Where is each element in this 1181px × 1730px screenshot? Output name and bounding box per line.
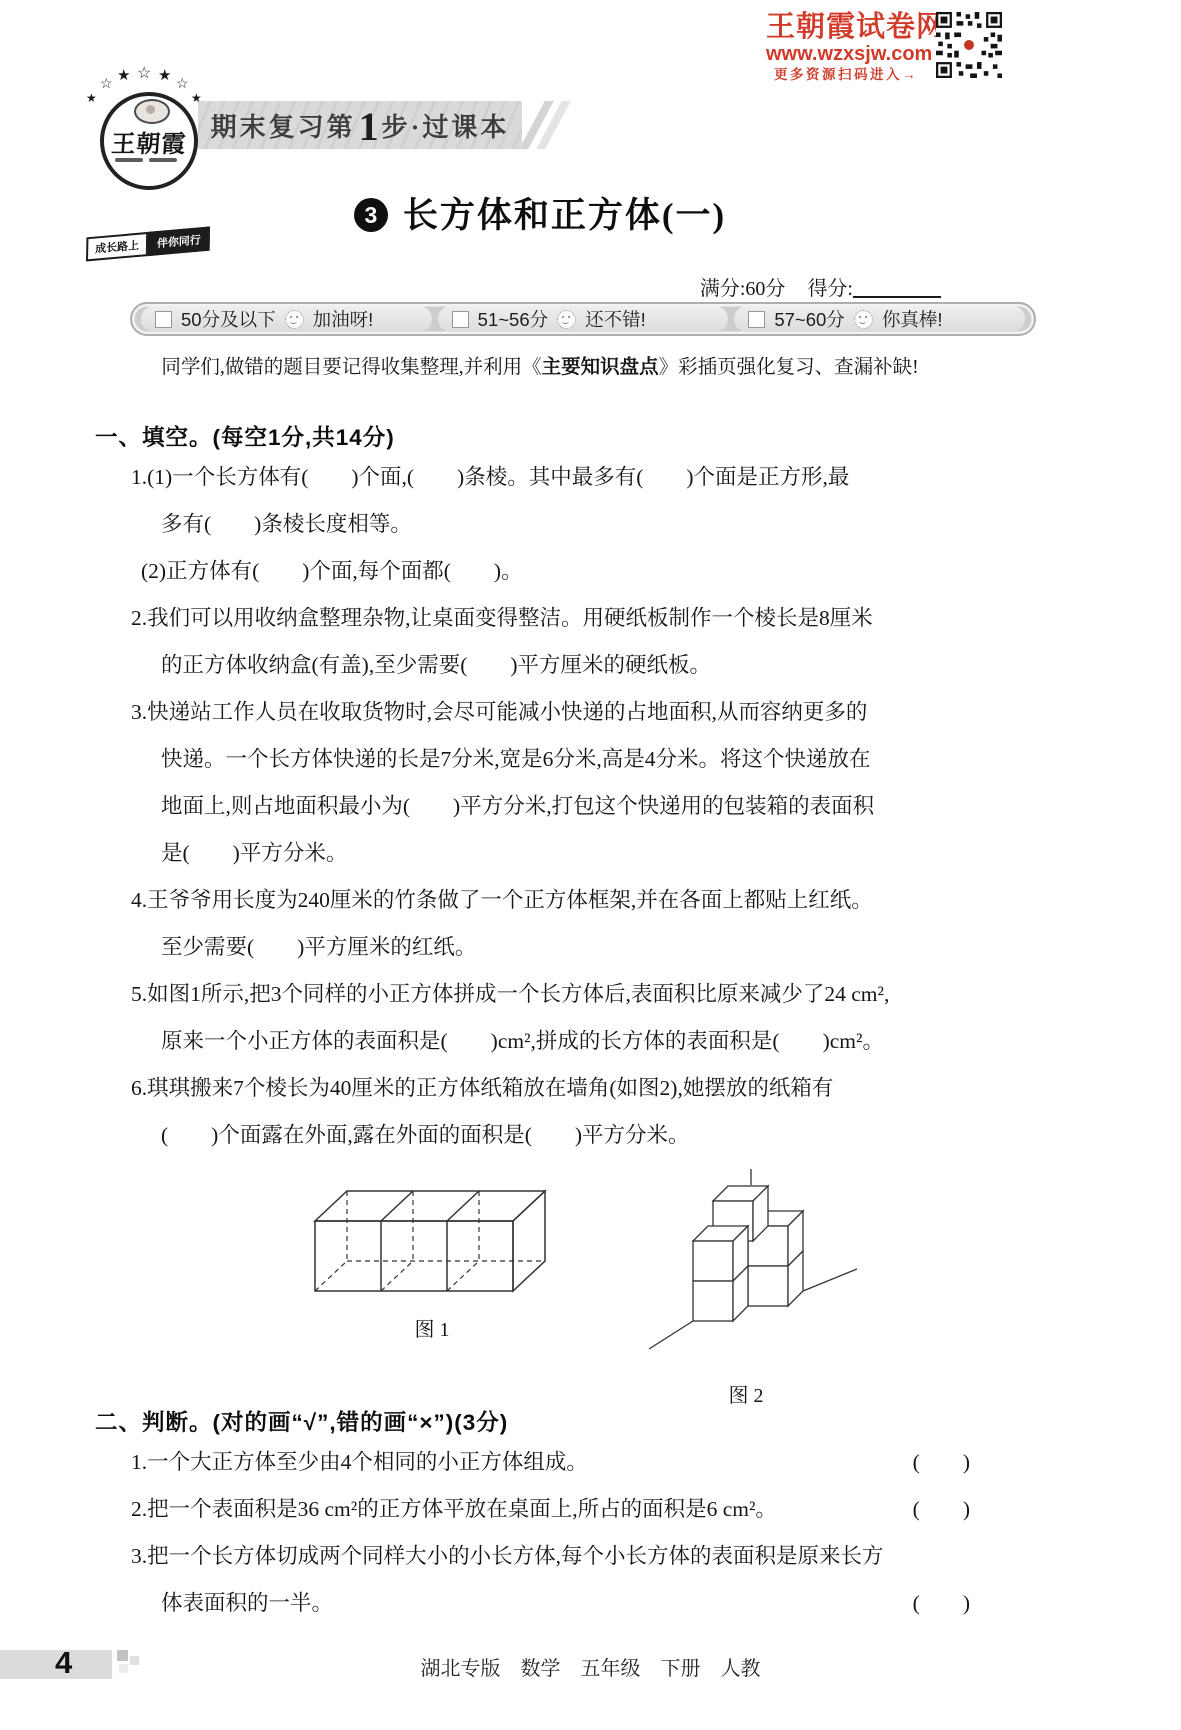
question-line: 至少需要( )平方厘米的红纸。 xyxy=(95,924,1086,971)
star-icon: ★ xyxy=(86,92,97,104)
question-line: 多有( )条棱长度相等。 xyxy=(95,501,1086,548)
notice-pre: 同学们,做错的题目要记得收集整理,并利用《 xyxy=(161,357,541,378)
footer-edition-text: 湖北专版 数学 五年级 下册 人教 xyxy=(0,1652,1181,1681)
judge-text: 体表面积的一半。 xyxy=(95,1580,333,1627)
figure2-caption: 图 2 xyxy=(631,1379,861,1408)
badge-fine-print xyxy=(149,158,177,162)
figure1-prism-diagram xyxy=(307,1183,557,1301)
lesson-number-circle: 3 xyxy=(354,198,388,232)
brand-badge: ★ ☆ ★ ☆ ★ ☆ ★ 王朝霞 成长路上 伴你同行 xyxy=(84,66,216,200)
main-content: 一、填空。(每空1分,共14分) 1.(1)一个长方体有( )个面,( )条棱。… xyxy=(95,422,1086,1627)
banner-step-number: 1 xyxy=(359,103,379,150)
badge-fine-print xyxy=(115,158,143,162)
smiley-face-icon xyxy=(557,310,576,329)
judge-item: 1.一个大正方体至少由4个相同的小正方体组成。 ( ) xyxy=(95,1439,1086,1486)
score-band-bar: 50分及以下 加油呀! 51~56分 还不错! 57~60分 你真棒! xyxy=(130,302,1036,336)
question-line: 地面上,则占地面积最小为( )平方分米,打包这个快递用的包装箱的表面积 xyxy=(95,783,1086,830)
star-icon: ★ xyxy=(191,92,202,104)
figure-2: 图 2 xyxy=(631,1169,861,1408)
site-url: www.wzxsjw.com xyxy=(766,42,926,66)
band-comment: 你真棒! xyxy=(882,306,943,332)
question-line: 3.快递站工作人员在收取货物时,会尽可能减小快递的占地面积,从而容纳更多的 xyxy=(95,689,1086,736)
question-line: 是( )平方分米。 xyxy=(95,830,1086,877)
star-icon: ☆ xyxy=(100,78,113,92)
question-line: 4.王爷爷用长度为240厘米的竹条做了一个正方体框架,并在各面上都贴上红纸。 xyxy=(95,877,1086,924)
star-icon: ☆ xyxy=(137,66,151,82)
figure1-caption: 图 1 xyxy=(307,1313,557,1342)
figure2-corner-cubes-diagram xyxy=(631,1169,861,1367)
star-icon: ★ xyxy=(158,69,171,84)
question-line: 6.琪琪搬来7个棱长为40厘米的正方体纸箱放在墙角(如图2),她摆放的纸箱有 xyxy=(95,1065,1086,1112)
score-band-high: 57~60分 你真棒! xyxy=(734,306,1025,332)
checkbox[interactable] xyxy=(155,311,172,328)
badge-brand-name: 王朝霞 xyxy=(99,124,199,159)
question-line: 的正方体收纳盒(有盖),至少需要( )平方厘米的硬纸板。 xyxy=(95,642,1086,689)
ribbon-right-text: 伴你同行 xyxy=(148,227,210,257)
section-two-heading: 二、判断。(对的画“√”,错的画“×”)(3分) xyxy=(95,1407,1086,1439)
band-range: 51~56分 xyxy=(478,306,548,332)
got-score-label: 得分: xyxy=(807,278,853,300)
figure-1: 图 1 xyxy=(307,1183,557,1342)
masthead-text: 王朝霞试卷网 www.wzxsjw.com 更多资源扫码进入→ xyxy=(766,12,926,84)
answer-bracket[interactable]: ( ) xyxy=(913,1580,970,1627)
site-name: 王朝霞试卷网 xyxy=(766,12,926,42)
site-tagline: 更多资源扫码进入→ xyxy=(766,66,926,84)
section-one-heading: 一、填空。(每空1分,共14分) xyxy=(95,422,1086,454)
star-icon: ☆ xyxy=(176,78,189,92)
masthead: 王朝霞试卷网 www.wzxsjw.com 更多资源扫码进入→ xyxy=(766,12,1002,84)
question-line: (2)正方体有( )个面,每个面都( )。 xyxy=(95,548,1086,595)
star-icon: ★ xyxy=(117,69,130,84)
answer-bracket[interactable]: ( ) xyxy=(913,1439,970,1486)
smiley-face-icon xyxy=(285,310,304,329)
question-line: ( )个面露在外面,露在外面的面积是( )平方分米。 xyxy=(95,1112,1086,1159)
step-banner: 期末复习第 1 步·过课本 xyxy=(198,101,522,149)
banner-suffix: 步·过课本 xyxy=(382,107,510,144)
checkbox[interactable] xyxy=(748,311,765,328)
score-blank-field[interactable] xyxy=(853,276,941,298)
judge-text: 3.把一个长方体切成两个同样大小的小长方体,每个小长方体的表面积是原来长方 xyxy=(95,1533,884,1580)
qr-code-icon xyxy=(936,12,1002,78)
judge-item: 2.把一个表面积是36 cm²的正方体平放在桌面上,所占的面积是6 cm²。 (… xyxy=(95,1486,1086,1533)
score-band-mid: 51~56分 还不错! xyxy=(438,306,729,332)
notice-line: 同学们,做错的题目要记得收集整理,并利用《主要知识盘点》彩插页强化复习、查漏补缺… xyxy=(120,351,960,379)
band-comment: 还不错! xyxy=(585,306,646,332)
ribbon-left-text: 成长路上 xyxy=(86,232,148,262)
notice-book-name: 主要知识盘点 xyxy=(542,356,659,378)
question-line: 5.如图1所示,把3个同样的小正方体拼成一个长方体后,表面积比原来减少了24 c… xyxy=(95,971,1086,1018)
question-line: 2.我们可以用收纳盒整理杂物,让桌面变得整洁。用硬纸板制作一个棱长是8厘米 xyxy=(95,595,1086,642)
judge-text: 1.一个大正方体至少由4个相同的小正方体组成。 xyxy=(95,1439,588,1486)
answer-bracket[interactable]: ( ) xyxy=(913,1486,970,1533)
full-score-label: 满分:60分 xyxy=(700,278,786,300)
score-band-low: 50分及以下 加油呀! xyxy=(141,306,432,332)
question-line: 原来一个小正方体的表面积是( )cm²,拼成的长方体的表面积是( )cm²。 xyxy=(95,1018,1086,1065)
figures-row: 图 1 xyxy=(95,1183,1086,1383)
worksheet-page: 王朝霞试卷网 www.wzxsjw.com 更多资源扫码进入→ xyxy=(0,0,1181,1730)
band-comment: 加油呀! xyxy=(313,306,374,332)
judge-item: 体表面积的一半。 ( ) xyxy=(95,1580,1086,1627)
notice-post: 》彩插页强化复习、查漏补缺! xyxy=(659,357,919,378)
portrait-icon xyxy=(134,99,170,124)
smiley-face-icon xyxy=(854,310,873,329)
checkbox[interactable] xyxy=(452,311,469,328)
judge-item: 3.把一个长方体切成两个同样大小的小长方体,每个小长方体的表面积是原来长方 xyxy=(95,1533,1086,1580)
band-range: 57~60分 xyxy=(774,306,844,332)
banner-prefix: 期末复习第 xyxy=(211,107,356,144)
question-line: 快递。一个长方体快递的长是7分米,宽是6分米,高是4分米。将这个快递放在 xyxy=(95,736,1086,783)
score-line: 满分:60分得分: xyxy=(0,272,941,301)
lesson-title-text: 长方体和正方体(一) xyxy=(403,196,726,235)
judge-text: 2.把一个表面积是36 cm²的正方体平放在桌面上,所占的面积是6 cm²。 xyxy=(95,1486,777,1533)
band-range: 50分及以下 xyxy=(181,306,276,332)
question-line: 1.(1)一个长方体有( )个面,( )条棱。其中最多有( )个面是正方形,最 xyxy=(95,454,1086,501)
